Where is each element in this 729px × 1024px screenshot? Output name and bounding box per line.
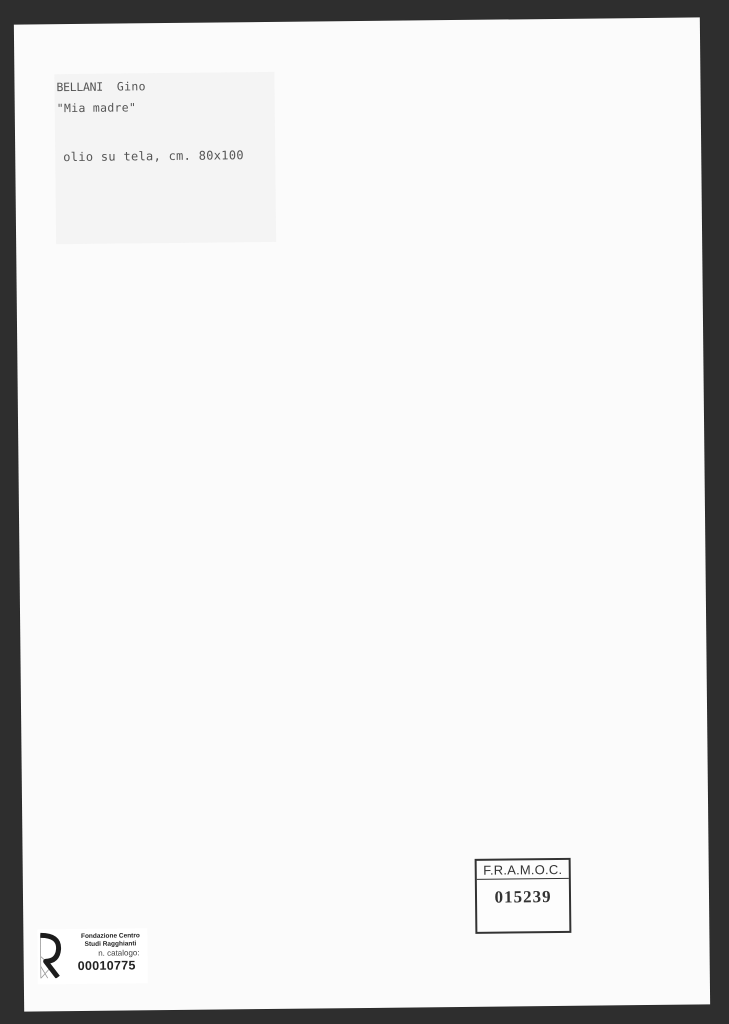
- catalog-number: 00010775: [76, 958, 146, 973]
- artist-surname: BELLANI: [56, 80, 103, 94]
- artwork-medium: olio su tela, cm. 80x100: [63, 148, 244, 164]
- catalog-block: Fondazione Centro Studi Ragghianti n. ca…: [37, 928, 148, 984]
- stamp-number: 015239: [477, 887, 569, 908]
- stamp-header: F.R.A.M.O.C.: [477, 860, 569, 880]
- artist-line: BELLANIGino: [56, 79, 145, 94]
- framoc-stamp: F.R.A.M.O.C. 015239: [475, 858, 572, 934]
- artist-name: Gino: [117, 79, 146, 93]
- catalog-text: Fondazione Centro Studi Ragghianti n. ca…: [75, 932, 145, 973]
- archive-card: BELLANIGino "Mia madre" olio su tela, cm…: [14, 17, 710, 1011]
- artwork-title: "Mia madre": [57, 100, 137, 115]
- ragghianti-r-logo-icon: [37, 932, 61, 978]
